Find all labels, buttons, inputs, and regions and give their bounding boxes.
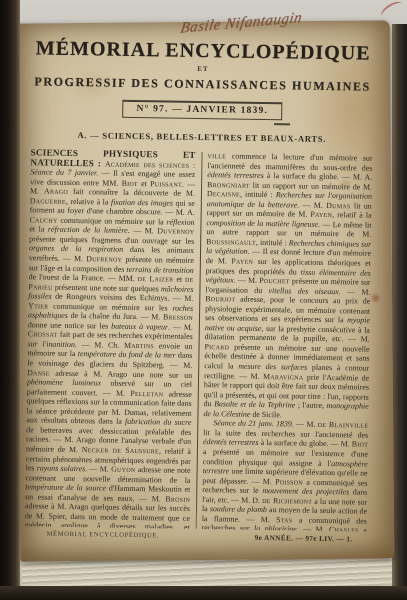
footer-volume-signature: 9e ANNÉE. — 97e LIV. — 1. — [255, 534, 353, 544]
footer-running-title: MÉMORIAL ENCYCLOPÉDIQUE. — [47, 531, 160, 540]
book-photo: MÉMORIAL ENCYCLOPÉDIQUE ET PROGRESSIF DE… — [0, 0, 407, 600]
printers-dash — [274, 123, 290, 125]
left-column: SCIENCES PHYSIQUES ET NATURELLES : Acadé… — [25, 148, 196, 529]
text-columns: SCIENCES PHYSIQUES ET NATURELLES : Acadé… — [25, 148, 373, 531]
book-spine — [0, 0, 20, 600]
section-heading: A. — SCIENCES, BELLES-LETTRES ET BEAUX-A… — [31, 129, 373, 144]
photo-background-bottom — [0, 586, 407, 600]
journal-title: MÉMORIAL ENCYCLOPÉDIQUE — [32, 37, 374, 65]
page-footer: MÉMORIAL ENCYCLOPÉDIQUE. 9e ANNÉE. — 97e… — [25, 530, 367, 543]
journal-subtitle: PROGRESSIF DES CONNAISSANCES HUMAINES — [32, 74, 374, 94]
masthead: MÉMORIAL ENCYCLOPÉDIQUE ET PROGRESSIF DE… — [31, 37, 375, 144]
book-page: MÉMORIAL ENCYCLOPÉDIQUE ET PROGRESSIF DE… — [16, 20, 395, 561]
page-content: MÉMORIAL ENCYCLOPÉDIQUE ET PROGRESSIF DE… — [7, 19, 389, 563]
issue-number-box: N° 97. — JANVIER 1839. — [122, 100, 282, 121]
book-fore-edge — [392, 24, 407, 600]
right-column: ville commence la lecture d'un mémoire s… — [202, 151, 373, 532]
